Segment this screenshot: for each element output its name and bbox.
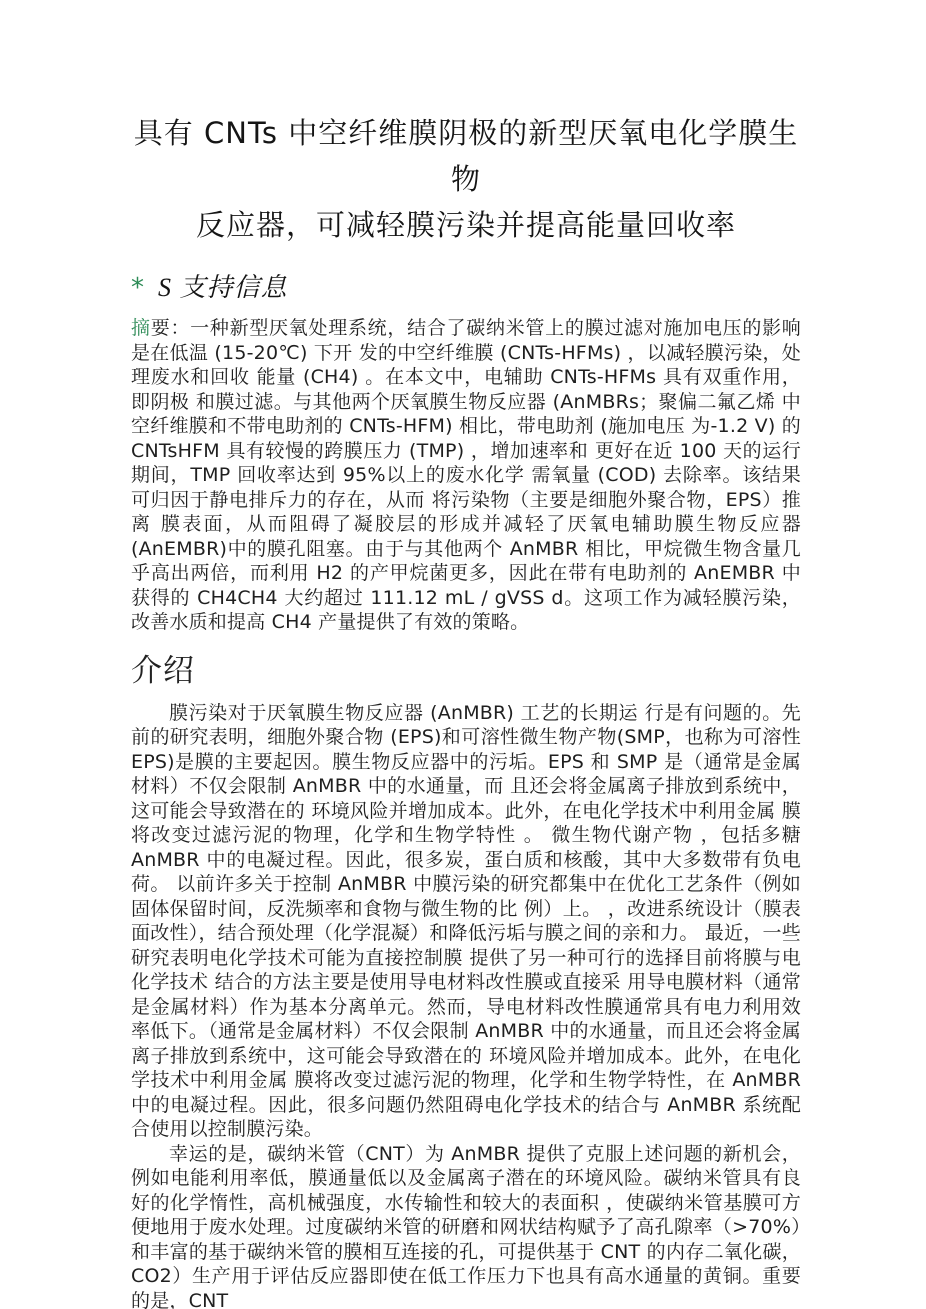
page-title: 具有 CNTs 中空纤维膜阴极的新型厌氧电化学膜生物 反应器，可减轻膜污染并提高… bbox=[131, 110, 801, 248]
supporting-info-heading: * S 支持信息 bbox=[131, 272, 801, 304]
intro-paragraph-1: 膜污染对于厌氧膜生物反应器 (AnMBR) 工艺的长期运 行是有问题的。先前的研… bbox=[131, 701, 801, 1142]
footnote-asterisk-marker: * bbox=[131, 272, 144, 304]
document-page: 具有 CNTs 中空纤维膜阴极的新型厌氧电化学膜生物 反应器，可减轻膜污染并提高… bbox=[0, 0, 926, 1309]
page-title-line2: 反应器，可减轻膜污染并提高能量回收率 bbox=[196, 208, 736, 242]
introduction-heading: 介绍 bbox=[131, 651, 801, 691]
abstract-paragraph: 摘要：一种新型厌氧处理系统，结合了碳纳米管上的膜过滤对施加电压的影响是在低温 (… bbox=[131, 316, 801, 635]
intro-paragraph-2: 幸运的是，碳纳米管（CNT）为 AnMBR 提供了克服上述问题的新机会，例如电能… bbox=[131, 1142, 801, 1309]
abstract-text: 要：一种新型厌氧处理系统，结合了碳纳米管上的膜过滤对施加电压的影响是在低温 (1… bbox=[131, 317, 801, 633]
supporting-info-label: S 支持信息 bbox=[158, 272, 288, 304]
page-title-line1: 具有 CNTs 中空纤维膜阴极的新型厌氧电化学膜生物 bbox=[134, 116, 798, 196]
abstract-lead-char: 摘 bbox=[131, 317, 151, 339]
